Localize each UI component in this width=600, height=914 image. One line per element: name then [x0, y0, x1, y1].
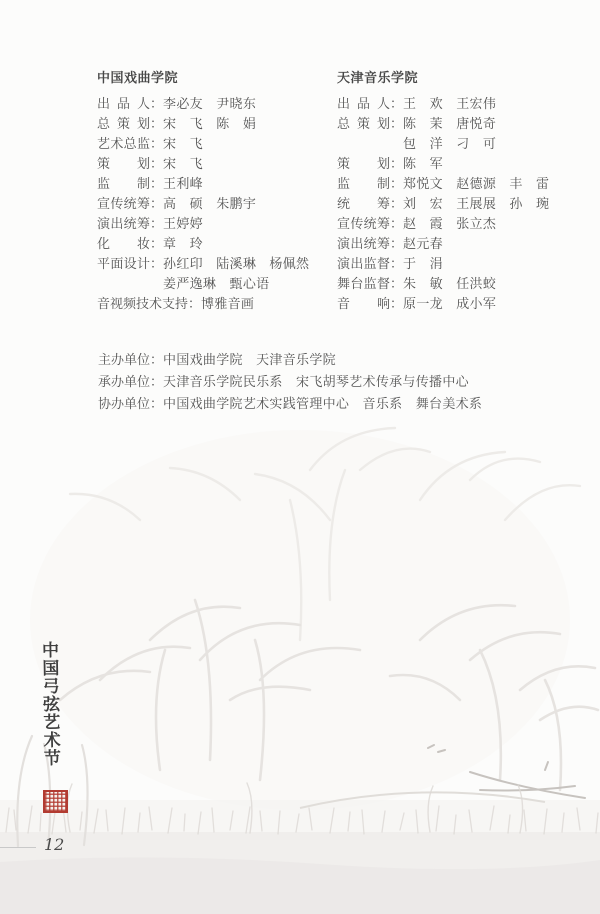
credit-names: 李必友 尹晓东 — [163, 96, 256, 111]
organizer-role-label: 主办单位 — [98, 352, 150, 367]
credit-role-label: 宣传统筹 — [97, 194, 150, 214]
credit-role-label: 策划 — [337, 154, 390, 174]
institution-title: 中国戏曲学院 — [97, 68, 309, 88]
credits-column-right: 天津音乐学院 出品人：王 欢 王宏伟 总策划：陈 茉 唐悦奇 ：包 洋 刁 可 … — [337, 68, 549, 314]
colon: ： — [150, 374, 163, 389]
credit-role-label: 演出统筹 — [337, 234, 390, 254]
credit-rows-left: 出品人：李必友 尹晓东 总策划：宋 飞 陈 娟 艺术总监：宋 飞 策划：宋 飞 … — [97, 94, 309, 314]
credit-role-label: 艺术总监 — [97, 134, 150, 154]
organizer-row: 主办单位：中国戏曲学院 天津音乐学院 — [98, 349, 482, 371]
credit-role-label: 平面设计 — [97, 254, 150, 274]
colon: ： — [390, 96, 403, 111]
colon: ： — [150, 176, 163, 191]
colon: ： — [150, 396, 163, 411]
colon: ： — [390, 116, 403, 131]
credits-column-left: 中国戏曲学院 出品人：李必友 尹晓东 总策划：宋 飞 陈 娟 艺术总监：宋 飞 … — [97, 68, 309, 314]
credit-role-label: 策划 — [97, 154, 150, 174]
page-number-rule — [0, 847, 36, 848]
credit-row: 音视频技术支持：博雅音画 — [97, 294, 309, 314]
credit-names: 朱 敏 任洪蛟 — [403, 276, 496, 291]
credit-row: ：包 洋 刁 可 — [337, 134, 549, 154]
colon: ： — [150, 236, 163, 251]
institution-title: 天津音乐学院 — [337, 68, 549, 88]
red-seal-icon — [43, 790, 68, 813]
organizer-role-label: 承办单位 — [98, 374, 150, 389]
credit-row: ：姜严逸琳 甄心语 — [97, 274, 309, 294]
colon: ： — [150, 216, 163, 231]
credit-row: 宣传统筹：赵 霞 张立杰 — [337, 214, 549, 234]
credit-names: 姜严逸琳 甄心语 — [163, 276, 269, 291]
credit-names: 郑悦文 赵德源 丰 雷 — [403, 176, 549, 191]
credit-row: 演出监督：于 涓 — [337, 254, 549, 274]
colon: ： — [150, 96, 163, 111]
credit-role-label: 音响 — [337, 294, 390, 314]
credit-role-label: 出品人 — [337, 94, 390, 114]
colon: ： — [150, 352, 163, 367]
credit-names: 宋 飞 陈 娟 — [163, 116, 256, 131]
credit-role-label: 舞台监督 — [337, 274, 390, 294]
credit-row: 总策划：陈 茉 唐悦奇 — [337, 114, 549, 134]
festival-calligraphy: 中国弓弦艺术节 — [35, 641, 63, 767]
credit-names: 高 硕 朱鹏宇 — [163, 196, 256, 211]
credit-row: 宣传统筹：高 硕 朱鹏宇 — [97, 194, 309, 214]
credit-role-label: 宣传统筹 — [337, 214, 390, 234]
colon: ： — [390, 156, 403, 171]
colon: ： — [390, 256, 403, 271]
credit-row: 策划：宋 飞 — [97, 154, 309, 174]
organizer-row: 承办单位：天津音乐学院民乐系 宋飞胡琴艺术传承与传播中心 — [98, 371, 482, 393]
colon: ： — [390, 196, 403, 211]
credit-names: 孙红印 陆溪琳 杨佩然 — [163, 256, 309, 271]
credit-role-label: 总策划 — [97, 114, 150, 134]
credit-row: 出品人：李必友 尹晓东 — [97, 94, 309, 114]
colon: ： — [390, 176, 403, 191]
colon: ： — [150, 256, 163, 271]
credit-names: 赵 霞 张立杰 — [403, 216, 496, 231]
credit-role-label: 演出监督 — [337, 254, 390, 274]
credit-row: 出品人：王 欢 王宏伟 — [337, 94, 549, 114]
credit-row: 平面设计：孙红印 陆溪琳 杨佩然 — [97, 254, 309, 274]
credit-role-label: 统筹 — [337, 194, 390, 214]
organizer-row: 协办单位：中国戏曲学院艺术实践管理中心 音乐系 舞台美术系 — [98, 393, 482, 415]
program-credits-page: 中国戏曲学院 出品人：李必友 尹晓东 总策划：宋 飞 陈 娟 艺术总监：宋 飞 … — [0, 0, 600, 914]
credit-role-label: 总策划 — [337, 114, 390, 134]
credit-role-label: 监制 — [97, 174, 150, 194]
credit-names: 赵元春 — [403, 236, 443, 251]
credit-names: 陈 茉 唐悦奇 — [403, 116, 496, 131]
credit-names: 刘 宏 王展展 孙 琬 — [403, 196, 549, 211]
credit-role-label: 演出统筹 — [97, 214, 150, 234]
credit-names: 王婷婷 — [163, 216, 203, 231]
credit-names: 宋 飞 — [163, 136, 203, 151]
credit-rows-right: 出品人：王 欢 王宏伟 总策划：陈 茉 唐悦奇 ：包 洋 刁 可 策划：陈 军 … — [337, 94, 549, 314]
credit-names: 陈 军 — [403, 156, 443, 171]
organizer-role-label: 协办单位 — [98, 396, 150, 411]
credit-row: 策划：陈 军 — [337, 154, 549, 174]
credit-names: 章 玲 — [163, 236, 203, 251]
credit-row: 监制：王利峰 — [97, 174, 309, 194]
organizer-names: 中国戏曲学院 天津音乐学院 — [163, 352, 336, 367]
colon: ： — [188, 296, 201, 311]
colon: ： — [390, 236, 403, 251]
colon: ： — [150, 116, 163, 131]
credit-row: 化妆：章 玲 — [97, 234, 309, 254]
credit-names: 原一龙 成小军 — [403, 296, 496, 311]
credit-names: 于 涓 — [403, 256, 443, 271]
credit-names: 王利峰 — [163, 176, 203, 191]
credit-row: 总策划：宋 飞 陈 娟 — [97, 114, 309, 134]
credit-row: 音响：原一龙 成小军 — [337, 294, 549, 314]
credit-names: 博雅音画 — [201, 296, 254, 311]
credit-row: 舞台监督：朱 敏 任洪蛟 — [337, 274, 549, 294]
credit-row: 艺术总监：宋 飞 — [97, 134, 309, 154]
credit-row: 统筹：刘 宏 王展展 孙 琬 — [337, 194, 549, 214]
credit-role-label: 音视频技术支持 — [97, 294, 188, 314]
colon: ： — [150, 156, 163, 171]
colon: ： — [150, 136, 163, 151]
colon: ： — [150, 196, 163, 211]
credit-role-label: 监制 — [337, 174, 390, 194]
credit-names: 王 欢 王宏伟 — [403, 96, 496, 111]
credit-row: 演出统筹：赵元春 — [337, 234, 549, 254]
organizer-units-block: 主办单位：中国戏曲学院 天津音乐学院 承办单位：天津音乐学院民乐系 宋飞胡琴艺术… — [98, 349, 482, 415]
credit-role-label: 化妆 — [97, 234, 150, 254]
page-number: 12 — [44, 835, 64, 854]
credit-row: 监制：郑悦文 赵德源 丰 雷 — [337, 174, 549, 194]
credit-names: 包 洋 刁 可 — [403, 136, 496, 151]
colon: ： — [390, 276, 403, 291]
colon: ： — [390, 216, 403, 231]
colon: ： — [390, 296, 403, 311]
credit-names: 宋 飞 — [163, 156, 203, 171]
organizer-names: 中国戏曲学院艺术实践管理中心 音乐系 舞台美术系 — [163, 396, 482, 411]
credit-row: 演出统筹：王婷婷 — [97, 214, 309, 234]
organizer-names: 天津音乐学院民乐系 宋飞胡琴艺术传承与传播中心 — [163, 374, 469, 389]
credit-role-label: 出品人 — [97, 94, 150, 114]
